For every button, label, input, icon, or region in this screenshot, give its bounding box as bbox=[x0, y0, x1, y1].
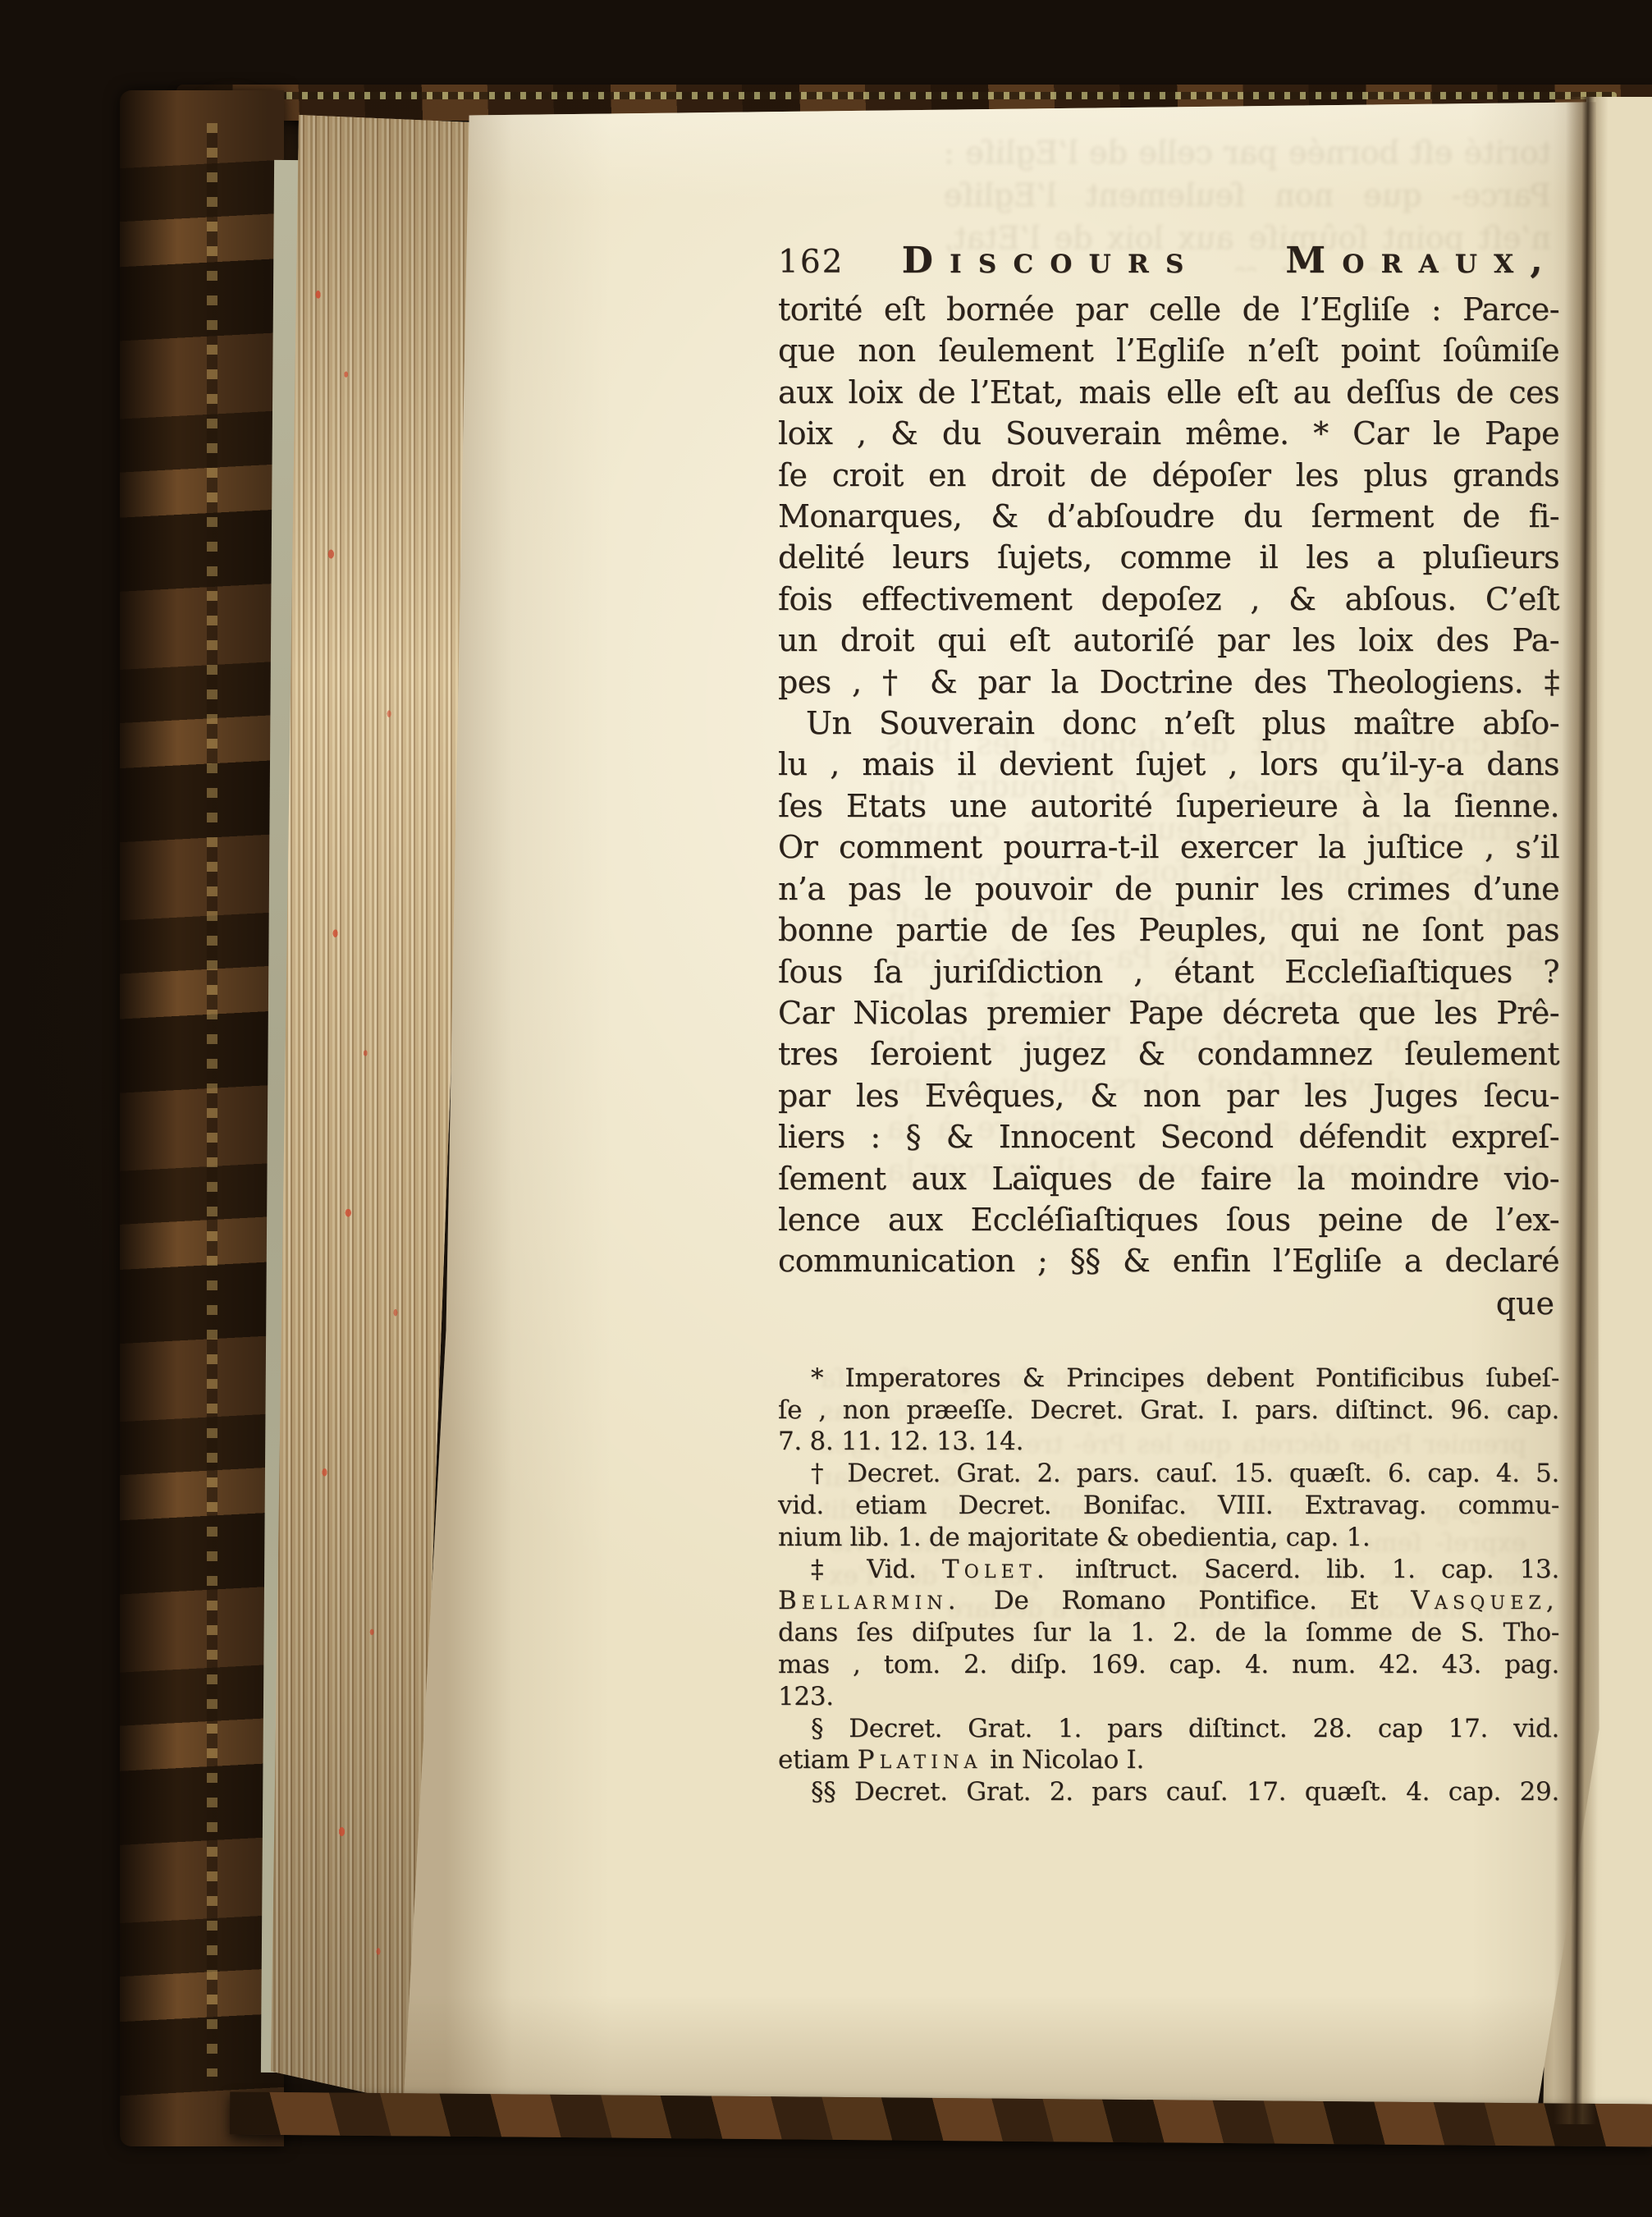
body-line: ſement aux Laïques de faire la moindre v… bbox=[778, 1158, 1559, 1199]
body-line: ſes Etats une autorité ſuperieure à la ſ… bbox=[778, 786, 1559, 827]
body-line: torité eſt bornée par celle de l’Egliſe … bbox=[778, 289, 1559, 330]
body-line: pes , † & par la Doctrine des Theologien… bbox=[778, 662, 1559, 703]
body-line: Or comment pourra-t-il exercer la juſtic… bbox=[778, 827, 1559, 868]
footnote-line: ‡ Vid. Tolet. inſtruct. Sacerd. lib. 1. … bbox=[778, 1554, 1559, 1586]
body-line: loix , & du Souverain même. * Car le Pap… bbox=[778, 413, 1559, 454]
body-line: n’a pas le pouvoir de punir les crimes d… bbox=[778, 868, 1559, 909]
page-number: 162 bbox=[778, 244, 844, 281]
footnote-line: ſe , non præeſſe. Decret. Grat. I. pars.… bbox=[778, 1395, 1559, 1427]
footnote-line: dans ſes diſputes ſur la 1. 2. de la ſom… bbox=[778, 1617, 1559, 1649]
body-line: bonne partie de ſes Peuples, qui ne ſont… bbox=[778, 909, 1559, 950]
footnote-line: §§ Decret. Grat. 2. pars cauſ. 17. quæſt… bbox=[778, 1776, 1559, 1808]
body-line: aux loix de l’Etat, mais elle eſt au deſ… bbox=[778, 372, 1559, 413]
footnote-line: etiam Platina in Nicolao I. bbox=[778, 1744, 1559, 1776]
footnote-line: 123. bbox=[778, 1681, 1559, 1713]
body-line: communication ; §§ & enfin l’Egliſe a de… bbox=[778, 1240, 1559, 1281]
body-line: lence aux Eccléſiaſtiques ſous peine de … bbox=[778, 1199, 1559, 1240]
book-photo: torité eſt bornée par celle de l’Egliſe … bbox=[0, 0, 1652, 2217]
running-title: Discours Moraux, bbox=[902, 240, 1559, 282]
text-block: 162 Discours Moraux, torité eſt bornée p… bbox=[778, 240, 1559, 1808]
facing-page-text-fragments bbox=[1637, 1127, 1652, 1841]
body-lines: torité eſt bornée par celle de l’Egliſe … bbox=[778, 289, 1559, 1282]
footnote-line: vid. etiam Decret. Bonifac. VIII. Extrav… bbox=[778, 1490, 1559, 1522]
footnote-line: § Decret. Grat. 1. pars diſtinct. 28. ca… bbox=[778, 1713, 1559, 1745]
footnote-block: * Imperatores & Principes debent Pontifi… bbox=[778, 1363, 1559, 1808]
body-line: fois effectivement depoſez , & abſous. C… bbox=[778, 579, 1559, 620]
body-line: ſe croit en droit de dépoſer les plus gr… bbox=[778, 455, 1559, 496]
body-line: un droit qui eſt autoriſé par les loix d… bbox=[778, 620, 1559, 661]
body-line: Un Souverain donc n’eſt plus maître abſo… bbox=[778, 703, 1559, 744]
body-line: Monarques, & d’abſoudre du ſerment de fi… bbox=[778, 496, 1559, 537]
catchword: que bbox=[778, 1282, 1559, 1325]
footnote-line: * Imperatores & Principes debent Pontifi… bbox=[778, 1363, 1559, 1395]
body-line: Car Nicolas premier Pape décreta que les… bbox=[778, 992, 1559, 1033]
body-line: liers : § & Innocent Second défendit exp… bbox=[778, 1116, 1559, 1157]
footnote-line: 7. 8. 11. 12. 13. 14. bbox=[778, 1426, 1559, 1458]
headband bbox=[271, 92, 1617, 99]
body-line: que non ſeulement l’Egliſe n’eſt point ſ… bbox=[778, 330, 1559, 371]
body-line: lu , mais il devient ſujet , lors qu’il-… bbox=[778, 744, 1559, 785]
book-spine bbox=[120, 90, 284, 2146]
page-header: 162 Discours Moraux, bbox=[778, 240, 1559, 287]
footnote-line: Bellarmin. De Romano Pontifice. Et Vasqu… bbox=[778, 1585, 1559, 1617]
body-line: tres ſeroient jugez & condamnez ſeulemen… bbox=[778, 1033, 1559, 1074]
body-line: delité leurs ſujets, comme il les a pluſ… bbox=[778, 537, 1559, 578]
footnote-line: † Decret. Grat. 2. pars. cauſ. 15. quæſt… bbox=[778, 1458, 1559, 1490]
body-line: ſous ſa juriſdiction , étant Eccleſiaſti… bbox=[778, 951, 1559, 992]
footnote-line: nium lib. 1. de majoritate & obedientia,… bbox=[778, 1522, 1559, 1554]
spine-gilt-edge bbox=[207, 123, 217, 2077]
footnote-line: mas , tom. 2. diſp. 169. cap. 4. num. 42… bbox=[778, 1649, 1559, 1681]
body-line: par les Evêques, & non par les Juges ſec… bbox=[778, 1075, 1559, 1116]
